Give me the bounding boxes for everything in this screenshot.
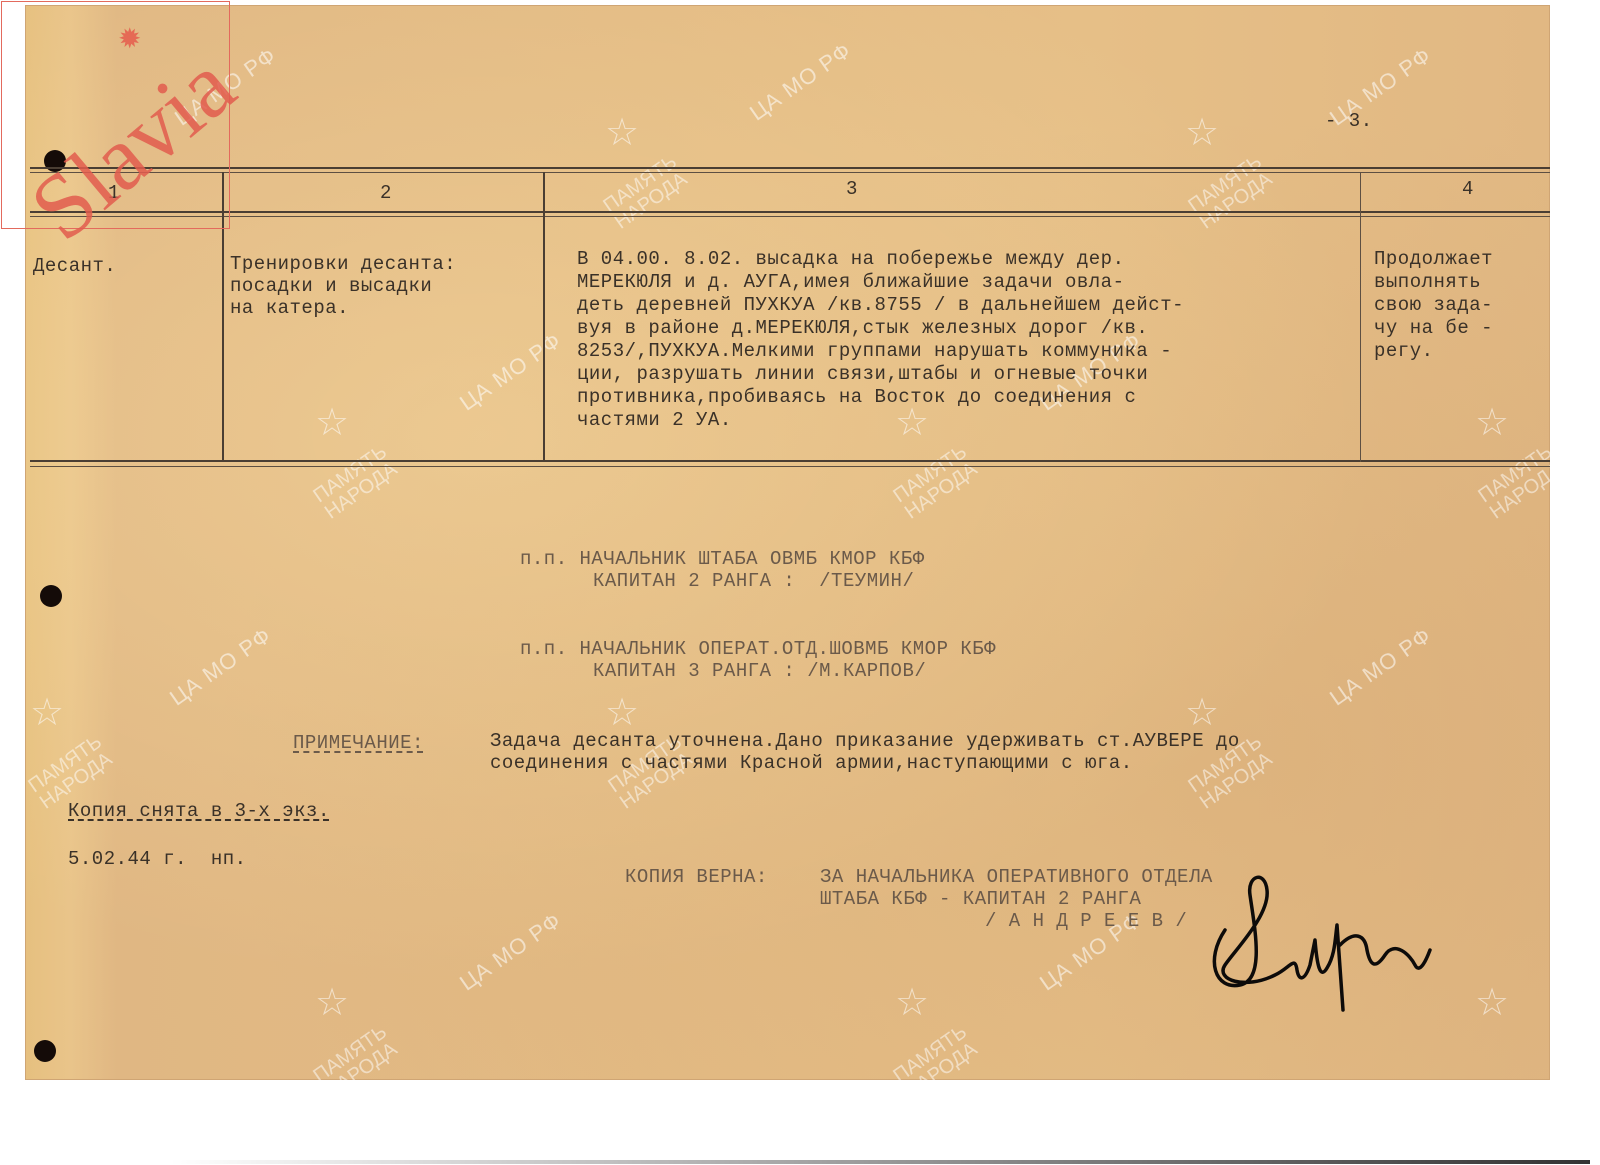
column-header: 2 [380, 182, 392, 204]
column-header: 3 [846, 178, 858, 200]
watermark-star-icon: ☆ [30, 690, 64, 734]
watermark-star-icon: ☆ [605, 690, 639, 734]
certification-name: / А Н Д Р Е Е В / [985, 910, 1187, 932]
cell-line: выполнять [1374, 271, 1481, 293]
signature-title: п.п. НАЧАЛЬНИК ОПЕРАТ.ОТД.ШОВМБ КМОР КБФ [520, 638, 996, 660]
cell-line: деть деревней ПУХКУА /кв.8755 / в дальне… [577, 294, 1184, 316]
table-header-rule [30, 216, 1550, 217]
watermark-star-icon: ☆ [315, 400, 349, 444]
cell-line: ции, разрушать линии связи,штабы и огнев… [577, 363, 1148, 385]
note-line: Задача десанта уточнена.Дано приказание … [490, 730, 1240, 752]
table-top-rule [30, 172, 1550, 173]
cell-line: посадки и высадки [230, 275, 432, 297]
copy-count: Копия снята в 3-х экз. [68, 800, 330, 822]
certification-line: ШТАБА КБФ - КАПИТАН 2 РАНГА [820, 888, 1141, 910]
column-divider [543, 172, 545, 462]
cell-line: регу. [1374, 340, 1434, 362]
cell-line: чу на бе - [1374, 317, 1493, 339]
certification-line: ЗА НАЧАЛЬНИКА ОПЕРАТИВНОГО ОТДЕЛА [820, 866, 1213, 888]
column-header: 4 [1462, 178, 1474, 200]
cell-line: Продолжает [1374, 248, 1493, 270]
sun-icon: ✹ [118, 22, 141, 55]
table-bottom-rule [30, 466, 1550, 467]
cell-line: МЕРЕКЮЛЯ и д. АУГА,имея ближайшие задачи… [577, 271, 1125, 293]
watermark-star-icon: ☆ [895, 980, 929, 1024]
copy-date: 5.02.44 г. нп. [68, 848, 247, 870]
table-header-rule [30, 211, 1550, 213]
cell-line: вуя в районе д.МЕРЕКЮЛЯ,стык железных до… [577, 317, 1148, 339]
column-divider [1360, 172, 1361, 462]
certification-label: КОПИЯ ВЕРНА: [625, 866, 768, 888]
note-label: ПРИМЕЧАНИЕ: [293, 732, 424, 754]
signature-name: КАПИТАН 2 РАНГА : /ТЕУМИН/ [593, 570, 914, 592]
cell-line: на катера. [230, 297, 349, 319]
note-line: соединения с частями Красной армии,насту… [490, 752, 1133, 774]
cell-line: В 04.00. 8.02. высадка на побережье межд… [577, 248, 1125, 270]
cell-line: противника,пробиваясь на Восток до соеди… [577, 386, 1136, 408]
handwritten-signature [1195, 870, 1435, 1020]
scan-edge [170, 1160, 1590, 1164]
watermark-star-icon: ☆ [1185, 690, 1219, 734]
watermark-star-icon: ☆ [1475, 980, 1509, 1024]
table-cell-unit: Десант. [33, 255, 116, 277]
cell-line: 8253/,ПУХКУА.Мелкими группами нарушать к… [577, 340, 1172, 362]
watermark-star-icon: ☆ [315, 980, 349, 1024]
cell-line: Тренировки десанта: [230, 253, 456, 275]
cell-line: свою зада- [1374, 294, 1493, 316]
table-bottom-rule [30, 460, 1550, 462]
signature-title: п.п. НАЧАЛЬНИК ШТАБА ОВМБ КМОР КБФ [520, 548, 925, 570]
page-number: - 3. [1325, 110, 1373, 132]
watermark-star-icon: ☆ [1185, 110, 1219, 154]
table-top-rule [30, 167, 1550, 169]
watermark-star-icon: ☆ [1475, 400, 1509, 444]
binder-hole [40, 585, 62, 607]
signature-name: КАПИТАН 3 РАНГА : /М.КАРПОВ/ [593, 660, 926, 682]
watermark-star-icon: ☆ [605, 110, 639, 154]
binder-hole [34, 1040, 56, 1062]
cell-line: частями 2 УА. [577, 409, 732, 431]
